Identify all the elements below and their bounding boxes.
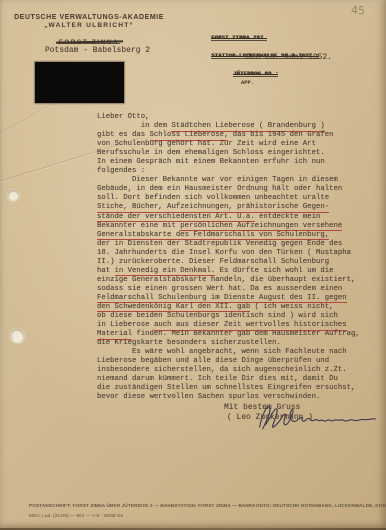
letterhead-walter-ulbricht: „WALTER ULBRICHT“: [14, 22, 164, 31]
letterhead-academy-name: DEUTSCHE VERWALTUNGS-AKADEMIE: [14, 13, 164, 22]
body-line: sodass sie einen grossen Wert hat. Da es…: [97, 285, 360, 294]
body-line: ob diese beiden Schulenburgs identisch s…: [97, 312, 360, 321]
paper-crease: [0, 103, 52, 134]
red-underlined-text: stände der verschiedensten Art. U.a.: [97, 213, 255, 223]
pencil-page-number: 45: [351, 4, 366, 18]
signature-handwriting: [254, 393, 381, 435]
red-underlined-text: Generalstabskarte des Feldmarschalls von…: [97, 231, 329, 241]
redaction-block: [35, 62, 124, 103]
body-line: Material finden. Mein Bekannter gab dem …: [97, 330, 360, 339]
body-line: gibt es das Schloss Lieberose, das bis 1…: [97, 131, 360, 140]
body-line: 18. Jahrhunderts die Insel Korfu von den…: [97, 249, 360, 258]
body-line: Generalstabskarte des Feldmarschalls von…: [97, 231, 360, 240]
date-line: den 28. Juni 1952.: [246, 54, 332, 62]
body-line: Es wäre wohl angebracht, wenn sich Fachl…: [97, 348, 360, 357]
body-line: von Schulenburg gehört hat. Zur Zeit wir…: [97, 140, 360, 149]
red-underlined-text: in Venedig ein Denkmal.: [115, 267, 216, 277]
body-line: Feldmarschall Schulenburg im Dienste Aug…: [97, 294, 360, 303]
body-line: den Schwedenkönig Karl den XII. gab ( ic…: [97, 303, 360, 312]
body-line: Stiche, Bücher, Aufzeichnungen, prähisto…: [97, 203, 360, 212]
body-line: Bekannter eine mit persönlichen Aufzeich…: [97, 222, 360, 231]
body-line: einzige Generalstabskarte handeln, die ü…: [97, 276, 360, 285]
red-underlined-text: persönlichen Aufzeichnungen versehene: [180, 222, 342, 232]
body-line: hat in Venedig ein Denkmal. Es dürfte si…: [97, 267, 360, 276]
letter-page: 45 DEUTSCHE VERWALTUNGS-AKADEMIE „WALTER…: [0, 0, 386, 530]
body-line: Lieberose begäben und alle diese Dinge ü…: [97, 357, 360, 366]
body-line: in dem Städtchen Lieberose ( Brandenburg…: [97, 122, 360, 131]
footer-address-line: POSTANSCHRIFT: FORST ZINNA ÜBER JÜTERBOG…: [29, 504, 386, 509]
red-underlined-text: Stiche, Bücher, Aufzeichnungen, prähisto…: [97, 203, 329, 213]
body-line: der in Diensten der Stadtrepublik Venedi…: [97, 240, 360, 249]
body-lines: in dem Städtchen Lieberose ( Brandenburg…: [97, 122, 360, 402]
punch-hole: [11, 329, 24, 343]
body-line: folgendes :: [97, 167, 360, 176]
stamp-struck-line: JÜTERBOG 89 :: [211, 62, 341, 80]
body-line: insbesondere sicherstellen, da sich auge…: [97, 366, 360, 375]
letterhead: DEUTSCHE VERWALTUNGS-AKADEMIE „WALTER UL…: [14, 13, 164, 49]
body-line: stände der verschiedensten Art. U.a. ent…: [97, 213, 360, 222]
letterhead-forst-zinna-struck: FORST ZINNA: [59, 38, 120, 47]
body-line: Berufsschule in dem ehemaligen Schloss e…: [97, 149, 360, 158]
body-line: die Kriegskarte besonders sicherzustelle…: [97, 339, 360, 348]
salutation: Lieber Otto,: [97, 113, 360, 122]
body-line: In einem Gespräch mit einem Bekannten er…: [97, 158, 360, 167]
letter-body: Lieber Otto, in dem Städtchen Lieberose …: [97, 113, 360, 403]
body-line: in Lieberose auch aus dieser Zeit wertvo…: [97, 321, 360, 330]
stamp-app-line: APP.: [211, 80, 341, 87]
footer-print-code: MDV, Lud. (214/9) — 861 — II 9 : 26/88 D…: [29, 514, 123, 519]
body-line: II.) zurückeroberte. Dieser Feldmarschal…: [97, 258, 360, 267]
typed-location: Potsdam - Babelsberg 2: [45, 47, 150, 55]
punch-hole: [8, 190, 19, 201]
stamp-struck-line: FORST ZINNA 297.: [211, 26, 341, 44]
